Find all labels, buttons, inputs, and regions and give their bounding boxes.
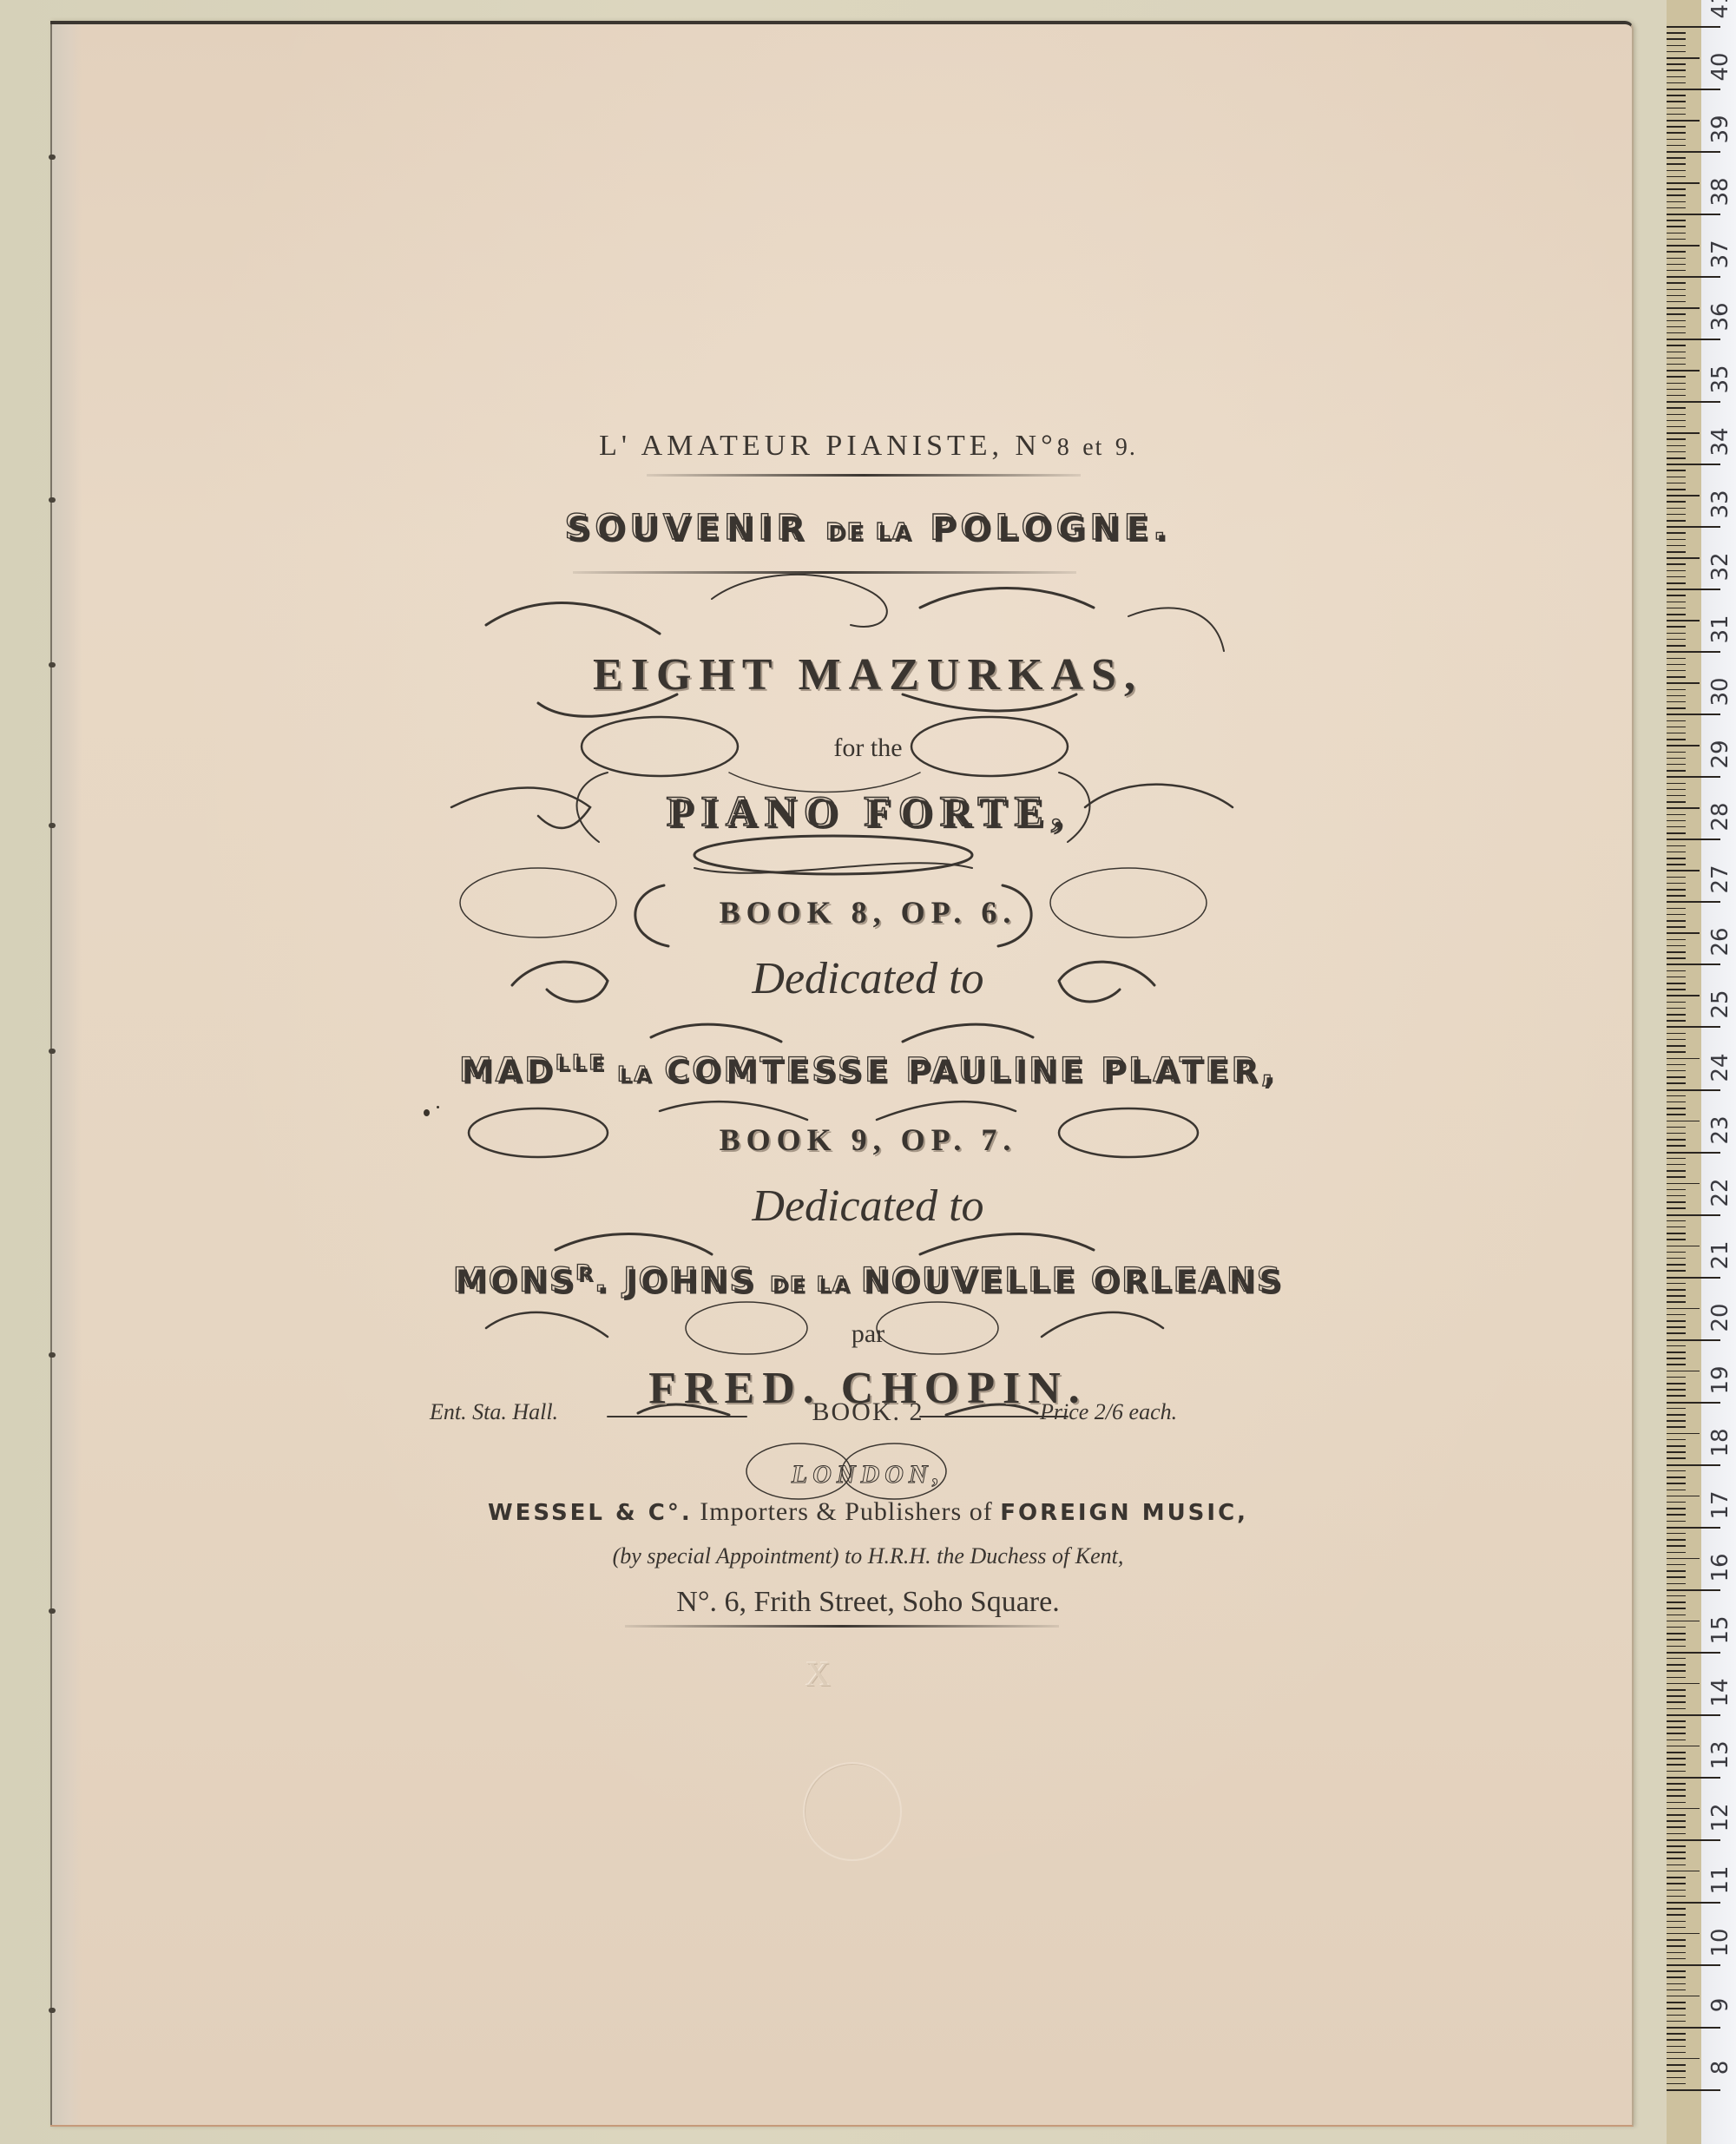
ruler-major-tick [1667,214,1720,215]
ruler-major-tick [1667,1026,1720,1028]
ruler-minor-tick [1667,251,1686,253]
ruler-minor-tick [1667,758,1686,760]
ruler-minor-tick [1667,826,1686,828]
ruler-minor-tick [1667,414,1686,416]
ruler-minor-tick [1667,307,1700,309]
ruler-minor-tick [1667,370,1700,372]
ruler-minor-tick [1667,1045,1686,1047]
ruler-minor-tick [1667,1352,1686,1353]
ruler-minor-tick [1667,170,1686,172]
ruler-major-tick [1667,1152,1720,1154]
ruler-minor-tick [1667,132,1686,134]
ruler-minor-tick [1667,1908,1686,1910]
ruler-minor-tick [1667,1746,1700,1747]
ruler-minor-tick [1667,420,1686,422]
ruler-minor-tick [1667,258,1686,260]
ruler-minor-tick [1667,345,1686,346]
ruler-minor-tick [1667,1752,1686,1753]
ruler-minor-tick [1667,1420,1686,1422]
ruler-minor-tick [1667,820,1686,822]
ruler-major-tick [1667,963,1720,965]
ruler-label: 34 [1707,426,1733,457]
ruler-minor-tick [1667,1114,1686,1115]
ruler-minor-tick [1667,1201,1686,1203]
ruler-label: 37 [1707,239,1733,270]
ruler-minor-tick [1667,2064,1686,2066]
main-title: EIGHT MAZURKAS, [0,649,1736,700]
ruler-minor-tick [1667,1914,1686,1916]
ruler-minor-tick [1667,470,1686,471]
ruler-minor-tick [1667,139,1686,141]
ruler-label: 39 [1707,114,1733,145]
ruler-label: 35 [1707,364,1733,395]
ruler-minor-tick [1667,1457,1686,1459]
ruler-minor-tick [1667,582,1686,584]
ruler-major-tick [1667,1277,1720,1279]
number-abbr: N° [1016,430,1057,462]
ruler-minor-tick [1667,69,1686,71]
series-name: L' AMATEUR PIANISTE, [599,430,1015,462]
ruler-minor-tick [1667,1952,1686,1954]
ruler-minor-tick [1667,570,1686,572]
ruler-minor-tick [1667,877,1686,878]
publisher-desc: Importers & Publishers of [693,1497,1000,1526]
ruler-minor-tick [1667,38,1686,40]
ruler-minor-tick [1667,220,1686,221]
ruler-minor-tick [1667,620,1700,621]
ruler-minor-tick [1667,320,1686,322]
for-the-text: for the [0,733,1736,763]
ruler-minor-tick [1667,551,1686,553]
ruler-minor-tick [1667,739,1686,740]
ruler-minor-tick [1667,270,1686,272]
ruler-minor-tick [1667,1608,1686,1609]
ruler-minor-tick [1667,383,1686,385]
ruler-minor-tick [1667,95,1686,96]
ruler-minor-tick [1667,989,1686,990]
ruler-minor-tick [1667,951,1686,953]
ruler-minor-tick [1667,2052,1686,2054]
ruler-minor-tick [1667,557,1700,559]
mons-prefix: MONS [453,1261,575,1299]
madlle-prefix: MAD [459,1051,556,1089]
ruler-minor-tick [1667,51,1686,53]
ruler-minor-tick [1667,801,1686,803]
ruler-label: 32 [1707,551,1733,582]
ruler-minor-tick [1667,114,1686,115]
series-connector: et [1082,434,1103,461]
ruler-minor-tick [1667,670,1686,672]
ruler-minor-tick [1667,1345,1686,1347]
ruler-label: 26 [1707,926,1733,957]
nouvelle-orleans: NOUVELLE ORLEANS [861,1261,1283,1299]
ruler-minor-tick [1667,1252,1686,1253]
ruler-major-tick [1667,526,1720,528]
ruler-label: 21 [1707,1240,1733,1271]
ruler-minor-tick [1667,1683,1700,1685]
ruler-minor-tick [1667,1483,1686,1484]
ruler-minor-tick [1667,1164,1686,1166]
ruler-minor-tick [1667,57,1700,59]
ruler-minor-tick [1667,45,1686,47]
ruler-minor-tick [1667,1701,1686,1703]
ruler-minor-tick [1667,489,1686,490]
ruler-minor-tick [1667,2070,1686,2072]
ruler-label: 19 [1707,1365,1733,1396]
ruler-major-tick [1667,901,1720,903]
ruler-major-tick [1667,1902,1720,1904]
ruler-minor-tick [1667,926,1686,928]
publisher-name: WESSEL & C°. [488,1500,693,1526]
ruler-minor-tick [1667,957,1686,959]
ruler-minor-tick [1667,720,1686,722]
ruler-minor-tick [1667,1639,1686,1641]
ruler-label: 24 [1707,1052,1733,1083]
ink-speck [437,1106,439,1108]
ruler-minor-tick [1667,639,1686,641]
ruler-label: 31 [1707,614,1733,645]
ruler-minor-tick [1667,633,1686,635]
ruler-minor-tick [1667,82,1686,84]
ruler-major-tick [1667,464,1720,465]
ruler-minor-tick [1667,1633,1686,1634]
dedicatee-1: MADLLE LA COMTESSE PAULINE PLATER, [0,1050,1736,1089]
ruler-major-tick [1667,1777,1720,1779]
ruler-minor-tick [1667,1627,1686,1628]
ruler-minor-tick [1667,845,1686,847]
ruler-minor-tick [1667,1207,1686,1209]
ruler-major-tick [1667,776,1720,778]
ruler-label: 13 [1707,1740,1733,1771]
ruler-label: 23 [1707,1115,1733,1146]
ruler-minor-tick [1667,2015,1686,2016]
publisher-line: WESSEL & C°. Importers & Publishers of F… [0,1497,1736,1527]
ruler-major-tick [1667,1089,1720,1091]
foreign-music: FOREIGN MUSIC, [1000,1500,1248,1526]
city: LONDON, [0,1460,1736,1490]
ruler-minor-tick [1667,752,1686,753]
ruler-minor-tick [1667,789,1686,791]
ruler-minor-tick [1667,194,1686,196]
de-la: DE LA [825,519,912,545]
ruler-minor-tick [1667,1439,1686,1441]
ruler-minor-tick [1667,1646,1686,1647]
ruler-minor-tick [1667,432,1700,434]
ruler-minor-tick [1667,1615,1686,1616]
ruler-minor-tick [1667,495,1700,497]
ruler-minor-tick [1667,395,1686,397]
ruler-minor-tick [1667,245,1700,247]
ruler-minor-tick [1667,602,1686,603]
ruler-minor-tick [1667,682,1700,684]
ruler-minor-tick [1667,1332,1686,1334]
ruler-minor-tick [1667,1426,1686,1428]
ruler-minor-tick [1667,1564,1686,1566]
ruler-minor-tick [1667,282,1686,284]
ruler-minor-tick [1667,1020,1686,1022]
ruler-minor-tick [1667,157,1686,159]
ruler-minor-tick [1667,1545,1686,1547]
divider-rule [647,474,1081,477]
ruler-minor-tick [1667,1095,1686,1097]
book8-opus: BOOK 8, OP. 6. [0,894,1736,931]
ruler-major-tick [1667,1839,1720,1841]
ruler-minor-tick [1667,1233,1686,1234]
ruler-minor-tick [1667,239,1686,240]
ruler-minor-tick [1667,1270,1686,1272]
ruler-minor-tick [1667,1558,1700,1560]
ruler-minor-tick [1667,1127,1686,1128]
ruler-minor-tick [1667,426,1686,428]
ruler-minor-tick [1667,2002,1686,2003]
ruler-minor-tick [1667,1883,1686,1884]
ruler-minor-tick [1667,1289,1686,1291]
ruler-minor-tick [1667,1921,1686,1923]
souvenir-line: SOUVENIR DE LA POLOGNE. [0,508,1736,548]
ruler-minor-tick [1667,163,1686,165]
ruler-minor-tick [1667,1139,1686,1141]
ruler-minor-tick [1667,1764,1686,1766]
ruler-minor-tick [1667,645,1686,647]
ruler-minor-tick [1667,2058,1700,2060]
ruler-minor-tick [1667,1802,1686,1804]
ruler-minor-tick [1667,32,1686,34]
ruler-minor-tick [1667,1389,1686,1391]
ruler-minor-tick [1667,1927,1686,1929]
dedicatee-2: MONSR. JOHNS DE LA NOUVELLE ORLEANS [0,1260,1736,1299]
ruler-label: 15 [1707,1615,1733,1646]
ruler-minor-tick [1667,188,1686,190]
ruler-minor-tick [1667,126,1686,128]
ruler-minor-tick [1667,1358,1686,1359]
ruler-minor-tick [1667,1377,1686,1378]
ruler-major-tick [1667,1589,1720,1591]
madlle-sup: LLE [556,1050,607,1075]
la-small: LA [607,1062,665,1087]
ruler-major-tick [1667,1339,1720,1341]
ruler-minor-tick [1667,932,1700,934]
royal-appointment: (by special Appointment) to H.R.H. the D… [0,1543,1736,1569]
ruler-minor-tick [1667,1733,1686,1734]
book-number: BOOK. 2 [0,1398,1736,1427]
ruler-minor-tick [1667,626,1686,628]
ruler-minor-tick [1667,1414,1686,1416]
ruler-label: 38 [1707,176,1733,207]
ruler-major-tick [1667,276,1720,278]
de-la-small: DE LA [770,1273,861,1297]
ruler-minor-tick [1667,1264,1686,1266]
ruler-minor-tick [1667,182,1700,184]
ruler-minor-tick [1667,770,1686,772]
ruler-minor-tick [1667,1890,1686,1891]
price: Price 2/6 each. [1040,1399,1177,1425]
ruler-minor-tick [1667,207,1686,209]
ruler-major-tick [1667,151,1720,153]
ruler-minor-tick [1667,1490,1686,1491]
ruler-minor-tick [1667,389,1686,391]
ruler-major-tick [1667,839,1720,840]
ruler-minor-tick [1667,1033,1686,1035]
ruler-major-tick [1667,1402,1720,1404]
series-number-2: 9. [1115,434,1137,461]
ruler-minor-tick [1667,1258,1686,1259]
ruler-minor-tick [1667,1326,1686,1328]
ruler-major-tick [1667,1652,1720,1654]
ruler-major-tick [1667,714,1720,715]
ruler-minor-tick [1667,201,1686,203]
ruler-minor-tick [1667,1145,1686,1147]
ruler-minor-tick [1667,1051,1686,1053]
ruler-minor-tick [1667,1789,1686,1791]
ruler-minor-tick [1667,783,1686,785]
ruler-minor-tick [1667,1383,1686,1384]
ruler-minor-tick [1667,939,1686,941]
ruler-minor-tick [1667,1864,1686,1866]
ruler-minor-tick [1667,1502,1686,1503]
ruler-minor-tick [1667,1595,1686,1597]
ruler-minor-tick [1667,1976,1686,1978]
ruler-minor-tick [1667,1539,1686,1541]
ruler-minor-tick [1667,1533,1686,1535]
ruler-minor-tick [1667,614,1686,615]
blind-stamp [803,1762,902,1861]
ruler-minor-tick [1667,1158,1686,1160]
ruler-minor-tick [1667,108,1686,109]
ruler-minor-tick [1667,707,1686,709]
ruler-minor-tick [1667,1970,1686,1972]
ruler-minor-tick [1667,1583,1686,1585]
ruler-minor-tick [1667,1833,1686,1835]
ruler-minor-tick [1667,1239,1686,1240]
ruler-label: 40 [1707,51,1733,82]
ruler-minor-tick [1667,1470,1686,1472]
ruler-minor-tick [1667,1014,1686,1016]
ruler-minor-tick [1667,852,1686,853]
ruler-minor-tick [1667,1658,1686,1660]
ruler-major-tick [1667,589,1720,590]
series-line: L' AMATEUR PIANISTE, N°8 et 9. [0,430,1736,463]
ruler-tick-strip [1667,0,1701,2144]
divider-rule [625,1625,1059,1628]
ruler-minor-tick [1667,2008,1686,2009]
ruler-minor-tick [1667,858,1686,859]
ruler-minor-tick [1667,1945,1686,1947]
ruler-minor-tick [1667,664,1686,666]
ruler-minor-tick [1667,1227,1686,1228]
ruler-minor-tick [1667,1996,1700,1997]
mons-sup: R [575,1260,594,1285]
divider-rule [573,571,1076,574]
ruler-label: 25 [1707,989,1733,1020]
ruler-minor-tick [1667,520,1686,522]
ruler-minor-tick [1667,1220,1686,1222]
ruler-minor-tick [1667,301,1686,303]
pologne-word: POLOGNE. [930,508,1171,548]
ruler-minor-tick [1667,1108,1686,1109]
ink-speck [424,1109,430,1116]
instrument-title: PIANO FORTE, [0,786,1736,836]
ruler-minor-tick [1667,332,1686,334]
ruler-major-tick [1667,1527,1720,1529]
ruler-minor-tick [1667,176,1686,178]
ruler-minor-tick [1667,445,1686,447]
ruler-minor-tick [1667,1795,1686,1797]
ruler-major-tick [1667,2089,1720,2091]
ruler-minor-tick [1667,807,1700,809]
ruler-minor-tick [1667,1102,1686,1103]
ruler-minor-tick [1667,1740,1686,1741]
ruler-minor-tick [1667,1082,1686,1084]
ruler-minor-tick [1667,1814,1686,1816]
ruler-minor-tick [1667,1496,1700,1497]
ruler-minor-tick [1667,2046,1686,2048]
ruler-minor-tick [1667,1521,1686,1523]
ruler-minor-tick [1667,1552,1686,1554]
ruler-minor-tick [1667,1677,1686,1679]
ruler-minor-tick [1667,2021,1686,2022]
ruler-minor-tick [1667,1070,1686,1072]
title-text-block: L' AMATEUR PIANISTE, N°8 et 9. SOUVENIR … [0,0,1736,2144]
ruler-minor-tick [1667,920,1686,922]
ruler-minor-tick [1667,1183,1700,1185]
ruler-major-tick [1667,26,1720,28]
ruler-minor-tick [1667,1939,1686,1941]
ruler-minor-tick [1667,795,1686,797]
ruler-minor-tick [1667,1896,1686,1897]
ruler-minor-tick [1667,1002,1686,1003]
ruler-minor-tick [1667,2033,1686,2035]
ruler-minor-tick [1667,1664,1686,1666]
ruler-minor-tick [1667,2039,1686,2041]
ruler-minor-tick [1667,883,1686,885]
ruler-minor-tick [1667,101,1686,102]
ruler-major-tick [1667,89,1720,90]
ruler-minor-tick [1667,1871,1700,1872]
ruler-label: 17 [1707,1490,1733,1521]
ruler-minor-tick [1667,1958,1686,1960]
ruler-minor-tick [1667,1851,1686,1853]
ruler-minor-tick [1667,2083,1686,2085]
ruler-minor-tick [1667,1301,1686,1303]
ruler-minor-tick [1667,501,1686,503]
par-text: par [0,1319,1736,1349]
ruler-minor-tick [1667,983,1686,984]
embossed-mark: X [806,1654,831,1694]
ruler-minor-tick [1667,376,1686,378]
ruler-minor-tick [1667,326,1686,328]
ruler-minor-tick [1667,1371,1700,1372]
ruler-minor-tick [1667,358,1686,359]
ruler-minor-tick [1667,1408,1686,1410]
ruler-minor-tick [1667,563,1686,565]
series-number: 8 [1057,434,1071,461]
ruler-minor-tick [1667,438,1686,440]
ruler-minor-tick [1667,870,1700,871]
ruler-minor-tick [1667,545,1686,547]
ruler-major-tick [1667,339,1720,340]
ruler-label: 36 [1707,301,1733,332]
ruler-minor-tick [1667,477,1686,478]
ruler-minor-tick [1667,1689,1686,1691]
ruler-minor-tick [1667,814,1686,816]
ruler-minor-tick [1667,1508,1686,1509]
ruler-label: 20 [1707,1302,1733,1333]
ruler-label: 29 [1707,739,1733,770]
ruler-minor-tick [1667,1195,1686,1197]
ruler-minor-tick [1667,514,1686,516]
ruler-label: 10 [1707,1927,1733,1958]
ruler-minor-tick [1667,364,1686,365]
